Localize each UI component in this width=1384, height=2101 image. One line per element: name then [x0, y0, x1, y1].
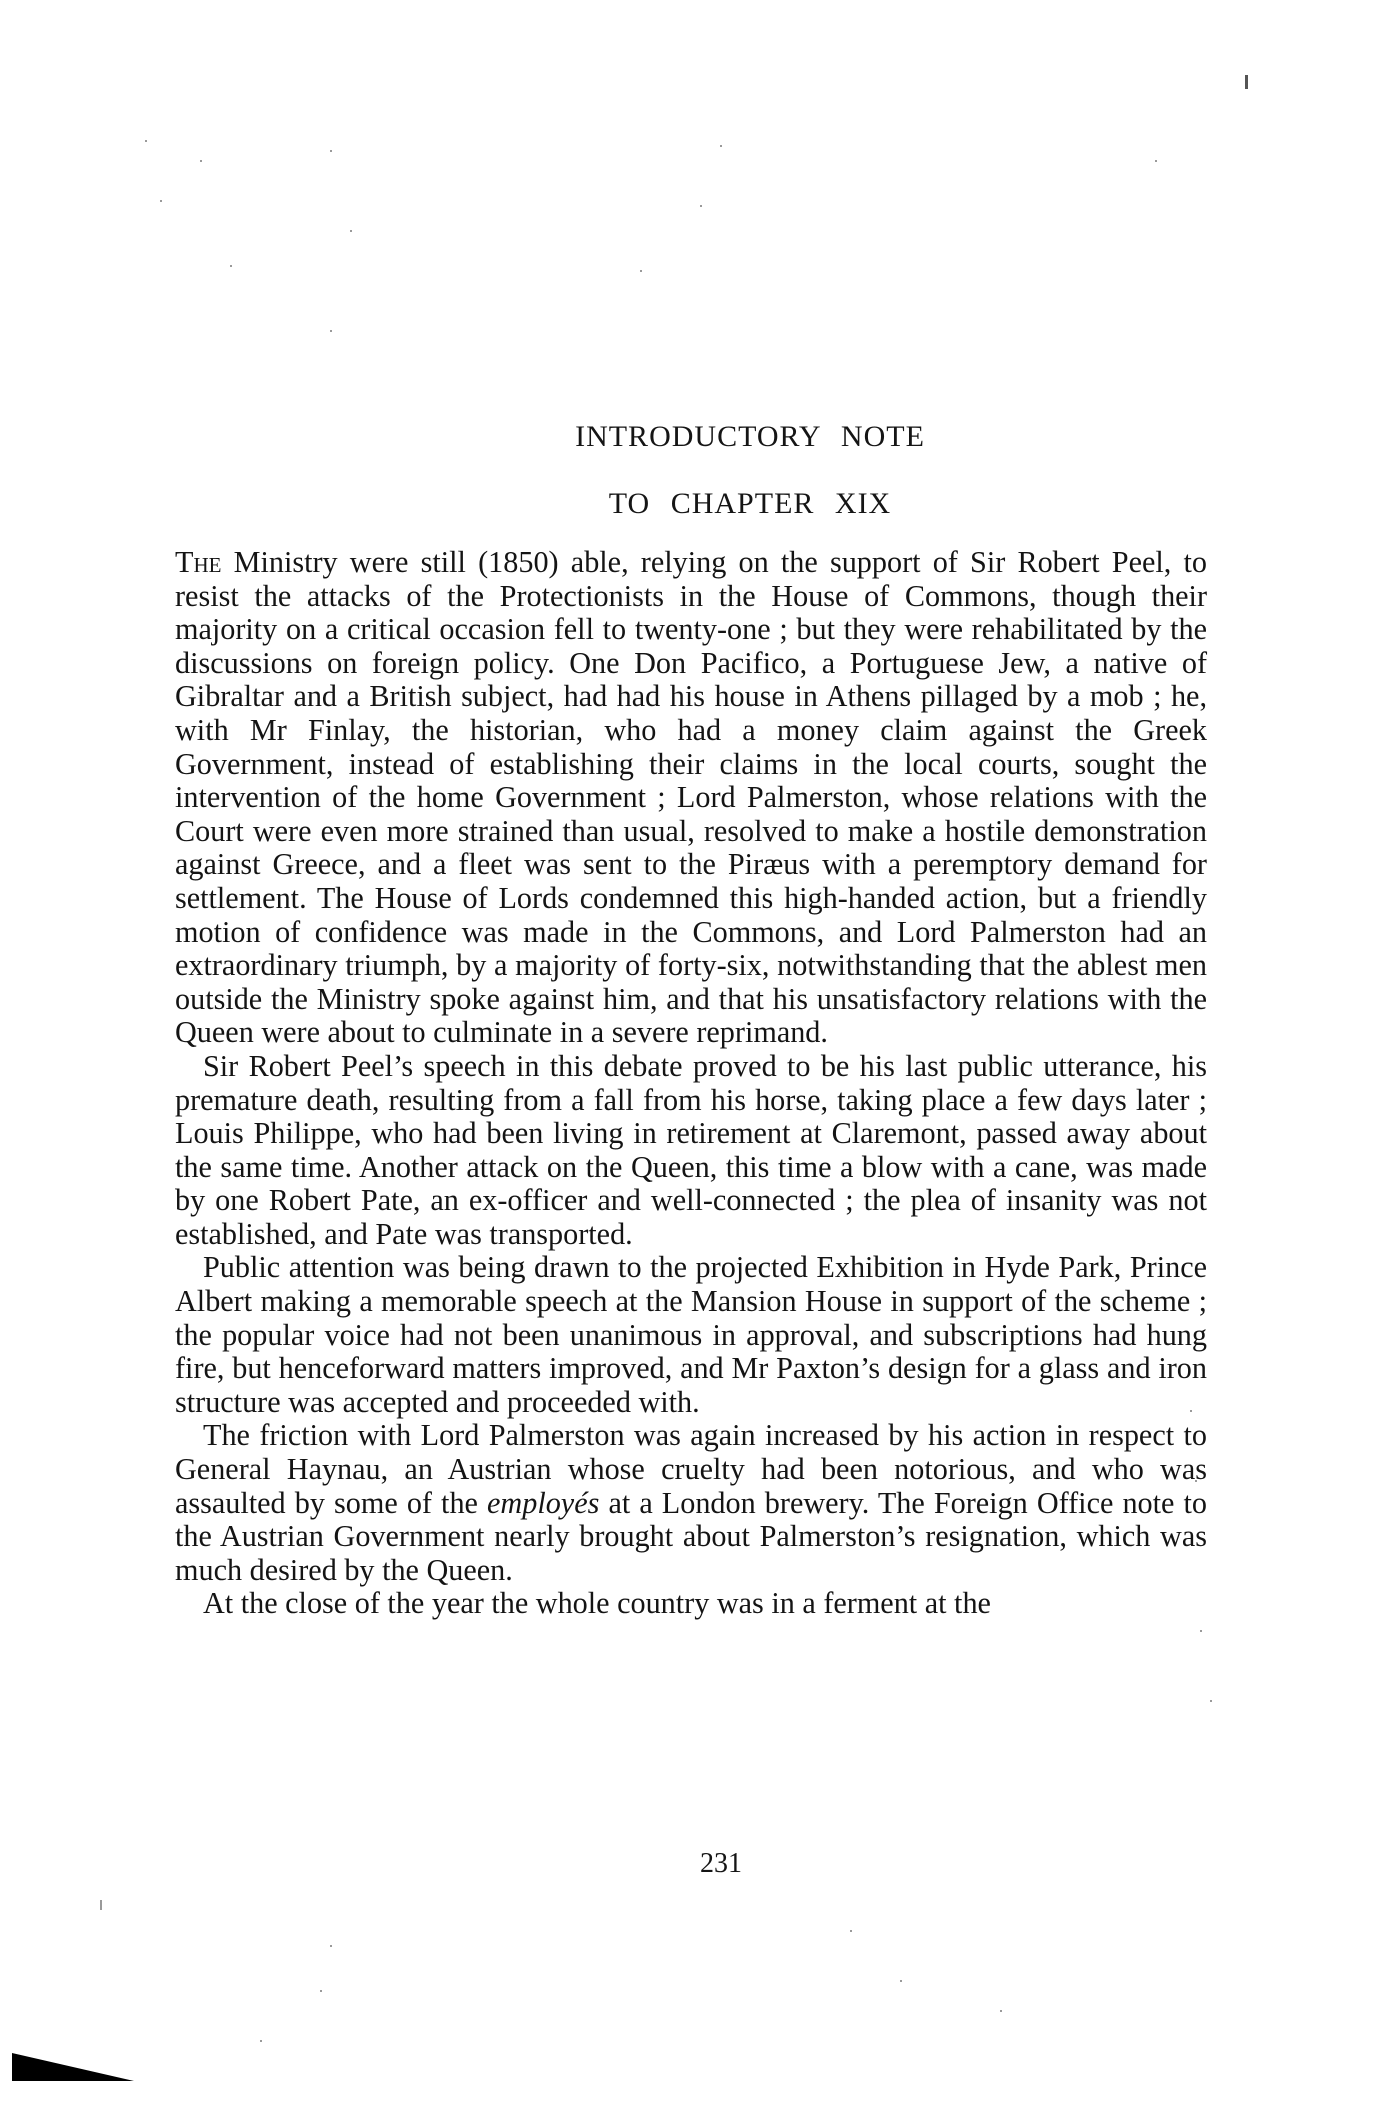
paragraph-5: At the close of the year the whole count… — [175, 1587, 1207, 1621]
paragraph-1: The Ministry were still (1850) able, rel… — [175, 546, 1207, 1050]
body-text: The Ministry were still (1850) able, rel… — [175, 546, 1207, 1621]
scan-speckle — [100, 1900, 102, 1910]
scan-speckle — [330, 150, 332, 152]
scan-speckle — [1195, 1480, 1197, 1482]
scan-speckle — [850, 1930, 852, 1932]
chapter-heading-line2: TO CHAPTER XIX — [58, 487, 1384, 521]
scan-speckle — [230, 265, 232, 267]
scan-speckle — [640, 270, 642, 272]
italic-word: employés — [487, 1486, 599, 1520]
paragraph-3: Public attention was being drawn to the … — [175, 1251, 1207, 1419]
scan-speckle — [330, 1945, 332, 1947]
scan-speckle — [1190, 1410, 1192, 1412]
page-number: 231 — [0, 1848, 1384, 1880]
scan-speckle — [1155, 160, 1157, 162]
scan-speckle — [145, 140, 147, 142]
scan-speckle — [700, 205, 702, 207]
scan-edge-mark — [12, 2053, 134, 2081]
scan-speckle — [900, 1980, 902, 1982]
book-page: INTRODUCTORY NOTE TO CHAPTER XIX The Min… — [0, 0, 1384, 2101]
paragraph-4: The friction with Lord Palmerston was ag… — [175, 1419, 1207, 1587]
paragraph-lead-small-caps: The — [175, 545, 221, 579]
scan-speckle — [160, 200, 162, 202]
scan-speckle — [1200, 1630, 1202, 1632]
scan-speckle — [1245, 75, 1248, 89]
scan-speckle — [320, 1990, 322, 1992]
chapter-heading-line1: INTRODUCTORY NOTE — [58, 420, 1384, 454]
scan-speckle — [1210, 1700, 1212, 1702]
paragraph-text: Ministry were still (1850) able, relying… — [175, 545, 1207, 1049]
paragraph-2: Sir Robert Peel’s speech in this debate … — [175, 1050, 1207, 1252]
scan-speckle — [720, 145, 722, 147]
scan-speckle — [330, 330, 332, 332]
scan-speckle — [200, 160, 202, 162]
scan-speckle — [350, 230, 352, 232]
scan-speckle — [260, 2040, 262, 2042]
scan-speckle — [1000, 2010, 1002, 2012]
